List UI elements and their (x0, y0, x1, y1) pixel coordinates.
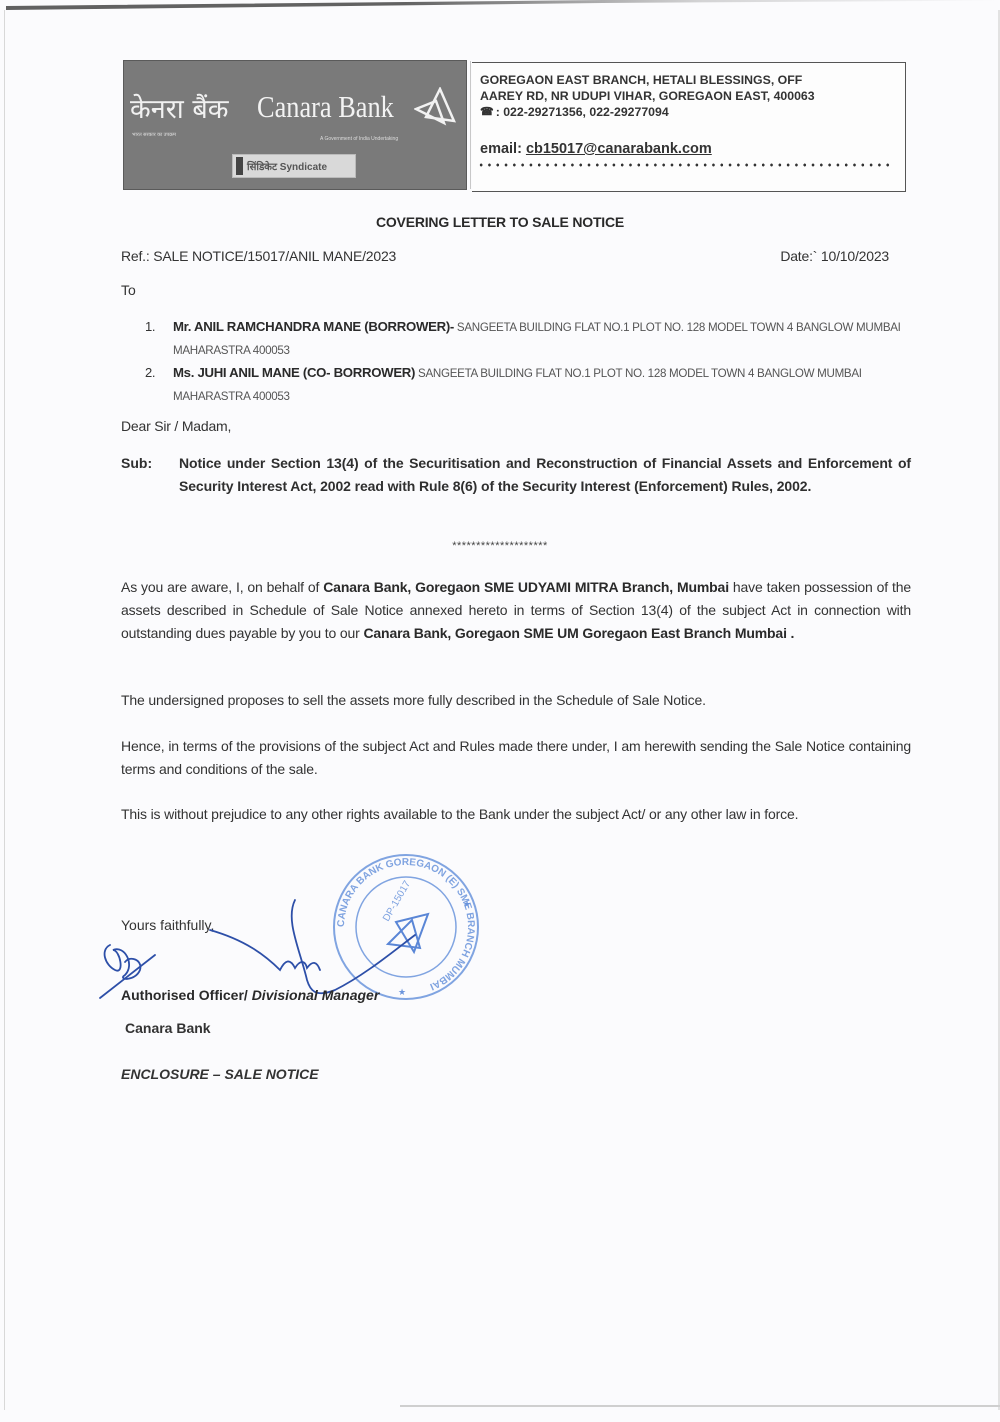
to-label: To (121, 282, 136, 298)
scan-edge-top (6, 0, 1000, 10)
letter-date: Date:` 10/10/2023 (780, 248, 889, 264)
telephone-icon: ☎ (480, 104, 494, 120)
email-line: email: cb15017@canarabank.com (480, 141, 712, 157)
recipient-name: Ms. JUHI ANIL MANE (CO- BORROWER) (173, 365, 415, 380)
address-line-2: AAREY RD, NR UDUPI VIHAR, GOREGAON EAST,… (480, 88, 815, 104)
branch-address-box: GOREGAON EAST BRANCH, HETALI BLESSINGS, … (472, 62, 906, 192)
recipient-name: Mr. ANIL RAMCHANDRA MANE (BORROWER)- (173, 319, 454, 334)
officer-designation: Authorised Officer/ Divisional Manager (121, 987, 379, 1003)
logo-hindi-name: केनरा बैंक (130, 89, 229, 126)
reference-number: Ref.: SALE NOTICE/15017/ANIL MANE/2023 (121, 248, 396, 264)
logo-english-name: Canara Bank (257, 89, 394, 125)
bank-logo: केनरा बैंक Canara Bank भारत सरकार का उपक… (123, 60, 467, 190)
scan-edge-bottom (400, 1405, 1000, 1407)
syndicate-logo-icon (236, 157, 243, 175)
paragraph-possession: As you are aware, I, on behalf of Canara… (121, 576, 911, 645)
branch-name-bold: Canara Bank, Goregaon SME UM Goregaon Ea… (363, 625, 794, 641)
bank-name-footer: Canara Bank (125, 1020, 211, 1036)
recipient-item: 1. Mr. ANIL RAMCHANDRA MANE (BORROWER)- … (145, 316, 910, 362)
canara-logo-icon (414, 87, 456, 127)
svg-text:★: ★ (463, 899, 471, 909)
recipient-number: 1. (145, 316, 155, 338)
subject-label: Sub: (121, 452, 152, 475)
paragraph-prejudice: This is without prejudice to any other r… (121, 803, 911, 826)
syndicate-text: सिंडिकेट Syndicate (247, 159, 327, 173)
email-label: email: (480, 141, 526, 157)
salutation: Dear Sir / Madam, (121, 418, 231, 434)
address-line-1: GOREGAON EAST BRANCH, HETALI BLESSINGS, … (480, 72, 815, 88)
dotted-divider (477, 163, 891, 167)
phone-line: ☎ : 022-29271356, 022-29277094 (480, 104, 815, 120)
paragraph-text: As you are aware, I, on behalf of (121, 579, 323, 595)
logo-tagline-english: A Government of India Undertaking (320, 136, 398, 142)
phone-numbers: : 022-29271356, 022-29277094 (496, 104, 669, 120)
subject-text: Notice under Section 13(4) of the Securi… (179, 452, 911, 498)
separator-stars: ******************** (0, 540, 1000, 552)
syndicate-badge: सिंडिकेट Syndicate (232, 154, 356, 178)
recipient-list: 1. Mr. ANIL RAMCHANDRA MANE (BORROWER)- … (145, 316, 910, 408)
recipient-item: 2. Ms. JUHI ANIL MANE (CO- BORROWER) SAN… (145, 362, 910, 408)
letter-title: COVERING LETTER TO SALE NOTICE (0, 214, 1000, 230)
logo-tagline-hindi: भारत सरकार का उपक्रम (132, 132, 176, 138)
officer-title: Authorised Officer/ (121, 987, 252, 1003)
enclosure-note: ENCLOSURE – SALE NOTICE (121, 1066, 319, 1082)
recipient-number: 2. (145, 362, 155, 384)
paragraph-proposal: The undersigned proposes to sell the ass… (121, 689, 911, 712)
branch-name-bold: Canara Bank, Goregaon SME UDYAMI MITRA B… (323, 579, 729, 595)
subject-block: Sub: Notice under Section 13(4) of the S… (121, 452, 911, 498)
officer-title-italic: Divisional Manager (252, 987, 380, 1003)
paragraph-sending: Hence, in terms of the provisions of the… (121, 735, 911, 781)
email-link[interactable]: cb15017@canarabank.com (526, 141, 712, 157)
